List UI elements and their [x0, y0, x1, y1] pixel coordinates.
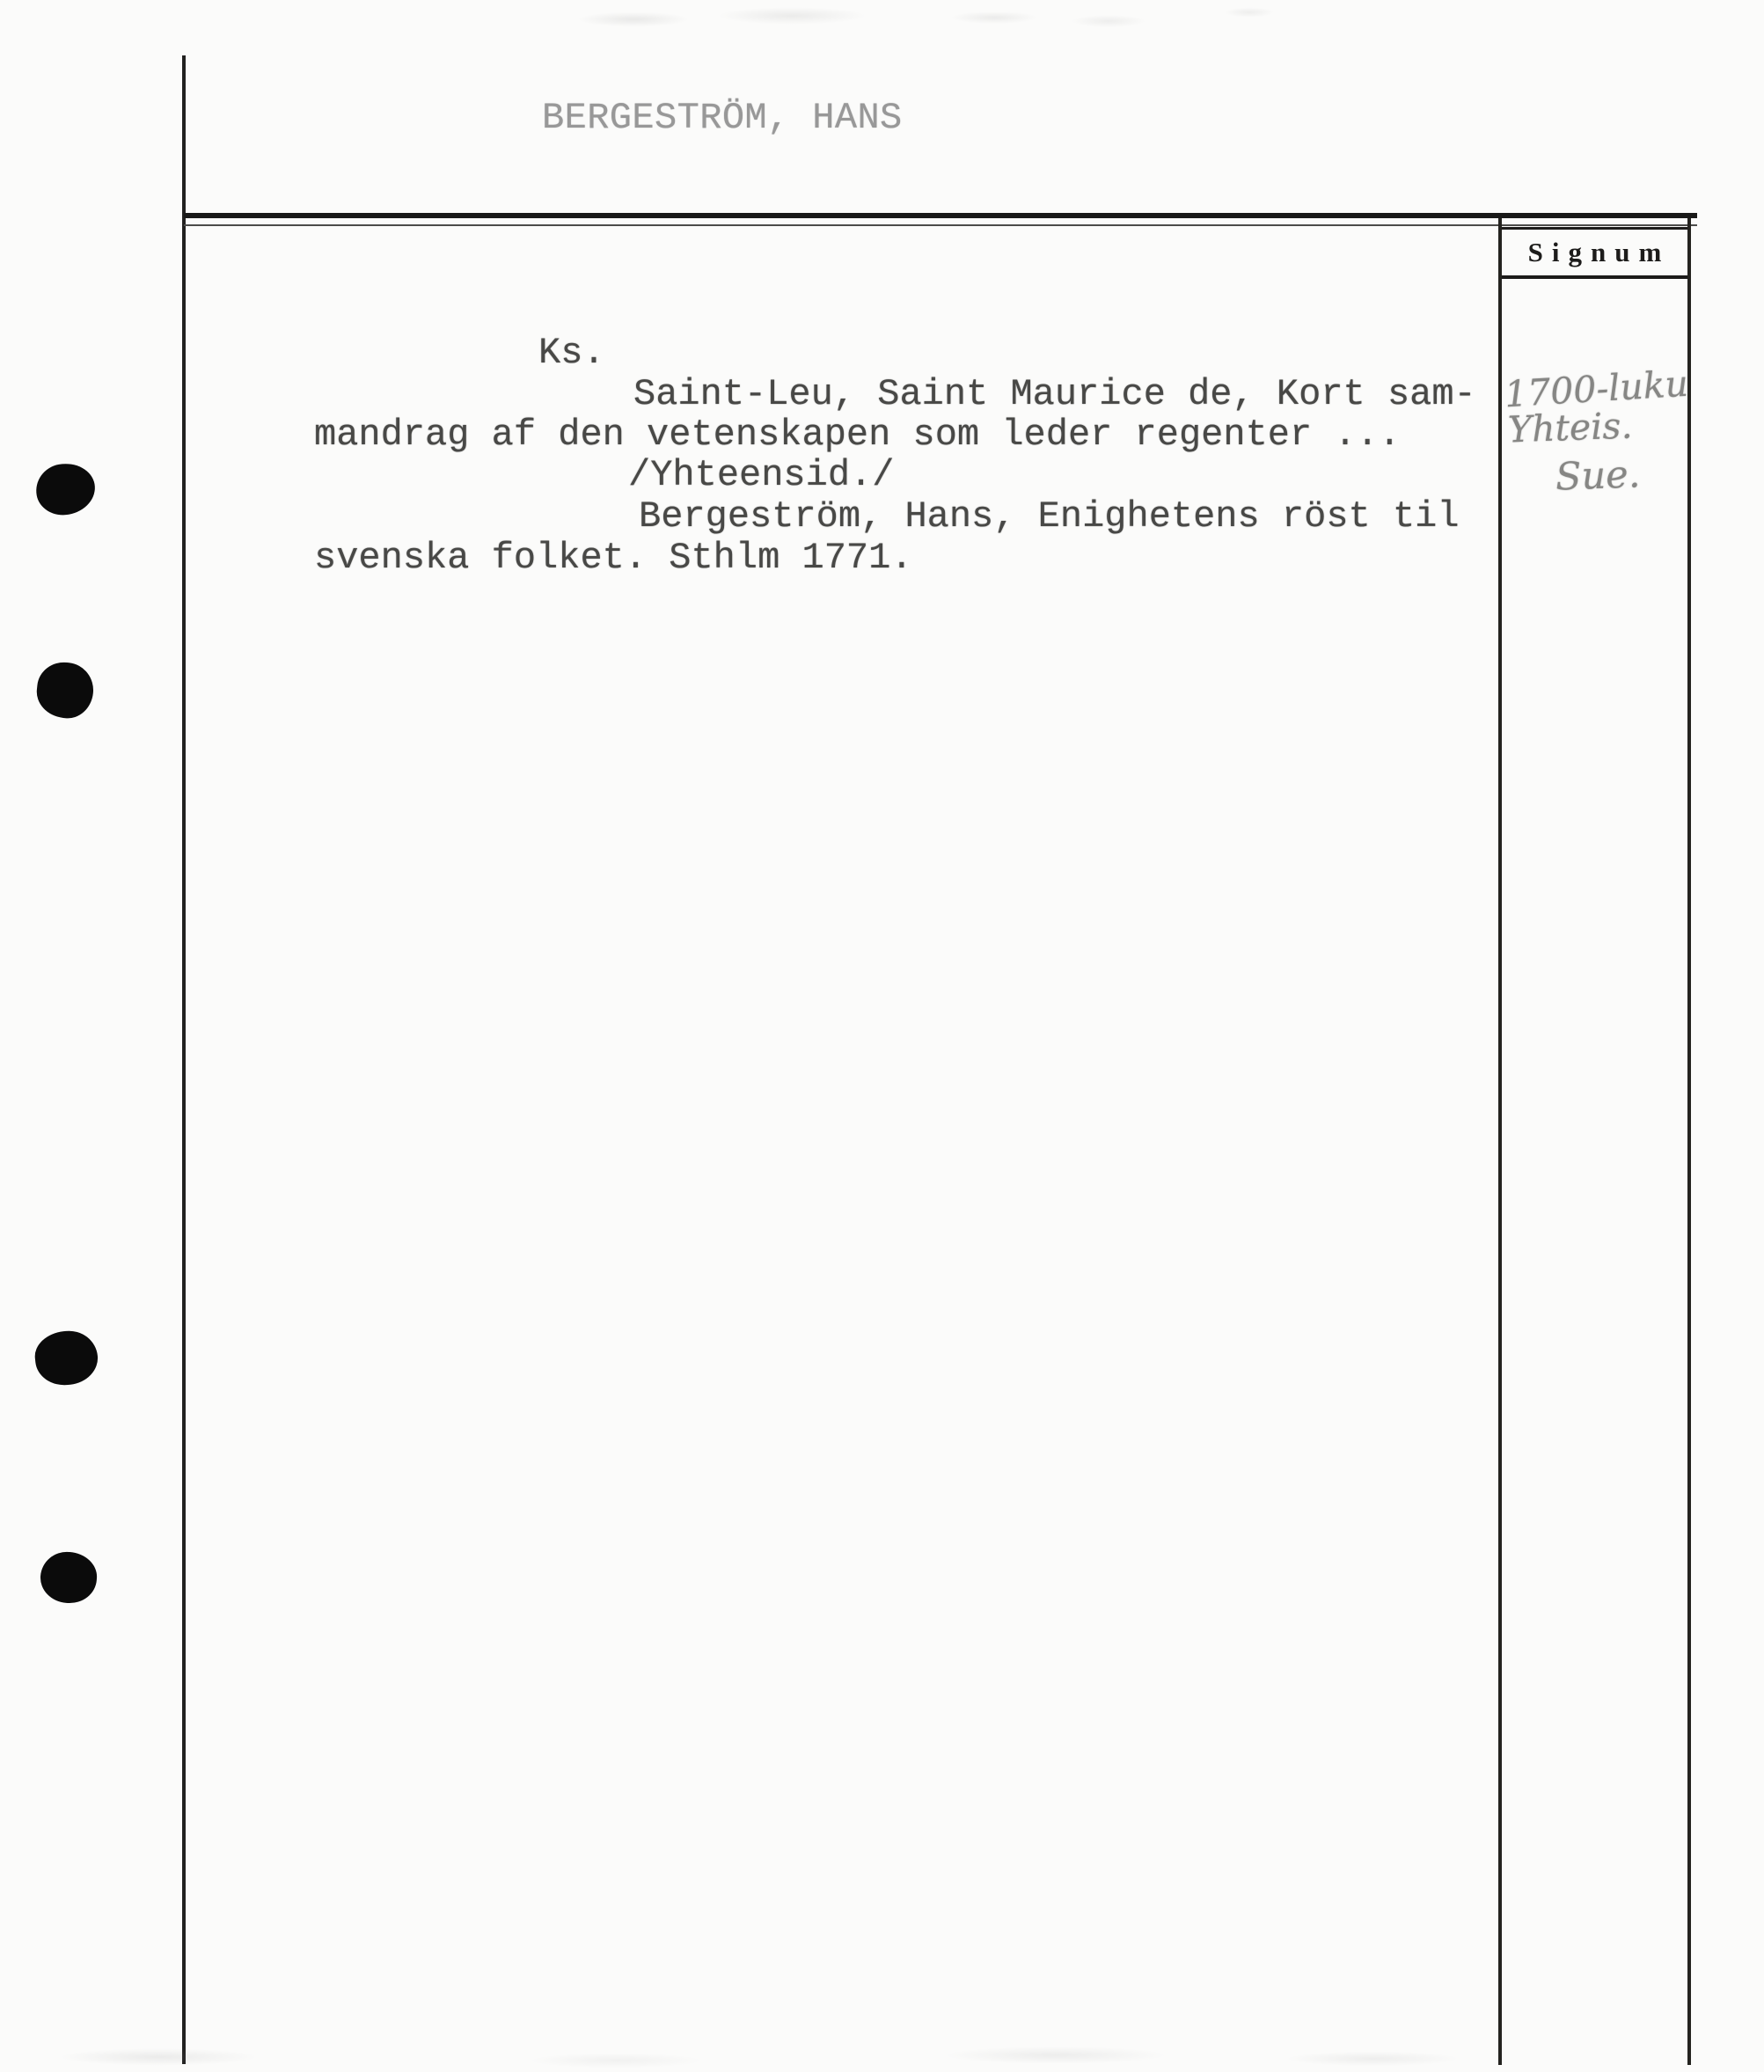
- hole-punch-mark: [32, 459, 99, 520]
- typed-line-svenska: svenska folket. Sthlm 1771.: [314, 538, 913, 578]
- typed-line-ks: Ks.: [538, 333, 605, 373]
- page-heading-author: BERGESTRÖM, HANS: [542, 97, 903, 139]
- hole-punch-mark: [34, 660, 96, 721]
- header-divider-rule-thin: [184, 224, 1697, 226]
- hole-punch-mark: [39, 1550, 99, 1605]
- typed-line-bergestrom: Bergeström, Hans, Enighetens röst til: [639, 496, 1460, 537]
- typed-line-yhteensid: /Yhteensid./: [628, 455, 894, 495]
- header-divider-rule-thick: [184, 213, 1697, 218]
- left-margin-rule: [182, 55, 186, 2064]
- hole-punch-mark: [33, 1328, 100, 1387]
- signum-header-label: Signum: [1519, 237, 1671, 268]
- scan-noise-top: [0, 0, 1764, 37]
- signum-column-right-rule: [1687, 218, 1691, 2065]
- handwritten-note-yhteis: Yhteis.: [1507, 405, 1633, 451]
- signum-column-left-rule: [1498, 218, 1502, 2065]
- catalog-card-scan: BERGESTRÖM, HANS Signum Ks. Saint-Leu, S…: [0, 0, 1764, 2072]
- typed-line-mandrag: mandrag af den vetenskapen som leder reg…: [314, 414, 1401, 455]
- signum-header-cell: Signum: [1502, 227, 1687, 279]
- scan-noise-bottom: [0, 2034, 1764, 2072]
- typed-line-saint-leu: Saint-Leu, Saint Maurice de, Kort sam-: [633, 374, 1476, 414]
- handwritten-note-sue: Sue.: [1555, 452, 1641, 499]
